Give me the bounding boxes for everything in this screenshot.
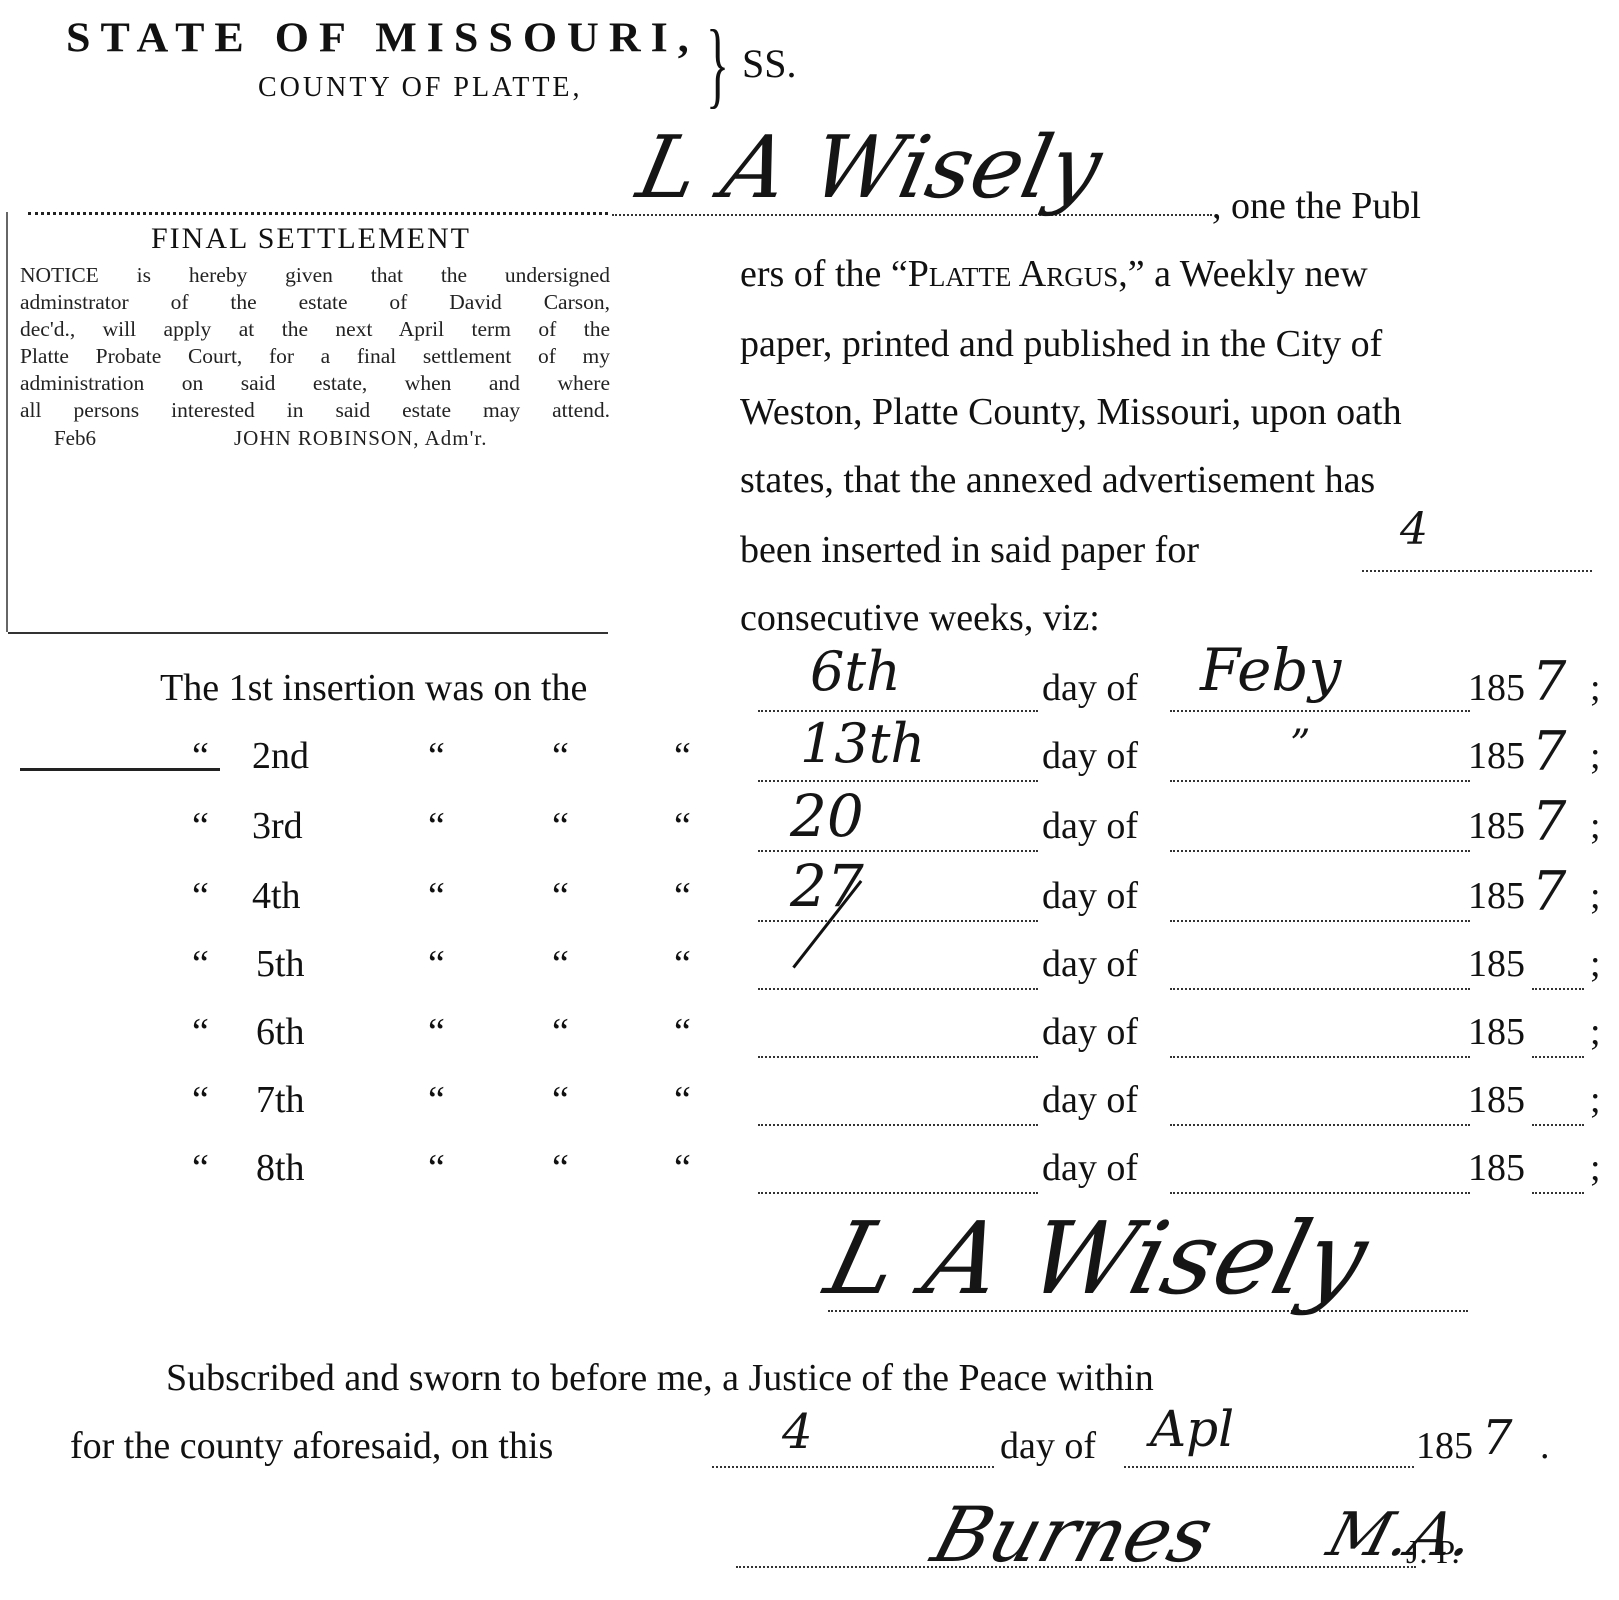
clipping-top-rule bbox=[28, 212, 608, 215]
year-digit: 7 bbox=[1532, 790, 1566, 853]
month-field-line bbox=[1170, 1124, 1470, 1126]
jurat-month: Apl bbox=[1150, 1400, 1234, 1458]
clipping-signer: JOHN ROBINSON, Adm'r. bbox=[234, 426, 487, 451]
insertion-ordinal: 8th bbox=[256, 1146, 305, 1190]
ditto-mark: “ bbox=[674, 1078, 691, 1122]
year-field-line bbox=[1532, 1056, 1584, 1058]
clipping-line: adminstrator of the estate of David Cars… bbox=[20, 289, 610, 316]
text: ers of the “ bbox=[740, 253, 908, 295]
clipping-line: administration on said estate, when and … bbox=[20, 370, 610, 397]
ditto-mark: “ bbox=[428, 874, 445, 918]
day-of-label: day of bbox=[1042, 666, 1138, 710]
semicolon: ; bbox=[1590, 804, 1601, 848]
year-digit: 7 bbox=[1532, 650, 1566, 713]
month-field-line bbox=[1170, 850, 1470, 852]
clipping-date: Feb6 bbox=[54, 426, 96, 450]
insertion-ordinal: 5th bbox=[256, 942, 305, 986]
jurat-line-1: Subscribed and sworn to before me, a Jus… bbox=[166, 1356, 1154, 1400]
clipping-line: Platte Probate Court, for a final settle… bbox=[20, 343, 610, 370]
clipping-body: NOTICE is hereby given that the undersig… bbox=[20, 262, 610, 424]
clipping-line: dec'd., will apply at the next April ter… bbox=[20, 316, 610, 343]
insertion-day: 20 bbox=[790, 782, 864, 850]
ditto-mark: “ bbox=[552, 942, 569, 986]
ditto-mark: “ bbox=[674, 942, 691, 986]
year-prefix: 185 bbox=[1468, 942, 1525, 986]
insertion-day: 13th bbox=[800, 712, 925, 775]
semicolon: ; bbox=[1590, 874, 1601, 918]
affidavit-line-6: been inserted in said paper for bbox=[740, 528, 1199, 572]
year-digit: 7 bbox=[1532, 860, 1566, 923]
affiant-signature-bottom: L A Wisely bbox=[815, 1200, 1378, 1317]
insertion-ordinal: 3rd bbox=[252, 804, 303, 848]
day-of-label: day of bbox=[1042, 1010, 1138, 1054]
ditto-mark: “ bbox=[428, 942, 445, 986]
day-of-label: day of bbox=[1042, 874, 1138, 918]
affiant-signature: L A Wisely bbox=[629, 118, 1110, 218]
insertion-day: 6th bbox=[810, 640, 901, 703]
semicolon: ; bbox=[1590, 666, 1601, 710]
insertion-ordinal: 6th bbox=[256, 1010, 305, 1054]
ditto-mark: “ bbox=[428, 1146, 445, 1190]
year-prefix: 185 bbox=[1468, 874, 1525, 918]
ss-abbreviation: SS. bbox=[742, 40, 797, 87]
ditto-mark: “ bbox=[552, 1010, 569, 1054]
jurat-year-digit: 7 bbox=[1482, 1410, 1513, 1466]
ditto-mark: “ bbox=[552, 874, 569, 918]
month-field-line bbox=[1170, 920, 1470, 922]
day-of-label: day of bbox=[1042, 804, 1138, 848]
first-insertion-label: The 1st insertion was on the bbox=[160, 666, 587, 710]
insertion-month: Feby bbox=[1200, 636, 1341, 704]
ditto-mark: “ bbox=[192, 804, 209, 848]
justice-title: J. P. bbox=[1406, 1534, 1460, 1572]
month-field-line bbox=[1170, 780, 1470, 782]
day-of-label: day of bbox=[1042, 942, 1138, 986]
semicolon: ; bbox=[1590, 1010, 1601, 1054]
brace-symbol: } bbox=[706, 16, 729, 112]
ditto-mark: “ bbox=[674, 1146, 691, 1190]
ditto-mark: “ bbox=[192, 1010, 209, 1054]
ditto-mark: “ bbox=[192, 1146, 209, 1190]
year-digit: 7 bbox=[1532, 720, 1566, 783]
weeks-count: 4 bbox=[1400, 504, 1428, 555]
year-prefix: 185 bbox=[1468, 1146, 1525, 1190]
ditto-mark: “ bbox=[428, 1010, 445, 1054]
month-field-line bbox=[1170, 1192, 1470, 1194]
year-field-line bbox=[1532, 1124, 1584, 1126]
ditto-mark: “ bbox=[192, 942, 209, 986]
day-field-line bbox=[758, 988, 1038, 990]
clipping-line: NOTICE is hereby given that the undersig… bbox=[20, 262, 610, 289]
insertion-month: ” bbox=[1290, 722, 1310, 768]
publisher-text: , one the Publ bbox=[1212, 184, 1421, 228]
day-field-line bbox=[758, 920, 1038, 922]
stray-rule bbox=[20, 768, 220, 771]
jurat-day: 4 bbox=[782, 1404, 813, 1460]
ditto-mark: “ bbox=[674, 1010, 691, 1054]
affidavit-line-2: ers of the “Platte Argus,” a Weekly new bbox=[740, 252, 1368, 296]
newspaper-clipping: FINAL SETTLEMENT NOTICE is hereby given … bbox=[6, 212, 614, 632]
ditto-mark: “ bbox=[552, 1078, 569, 1122]
semicolon: ; bbox=[1590, 1078, 1601, 1122]
day-field-line bbox=[758, 1124, 1038, 1126]
ditto-mark: “ bbox=[674, 734, 691, 778]
semicolon: ; bbox=[1590, 942, 1601, 986]
clipping-bottom-rule bbox=[8, 632, 608, 634]
jurat-day-field-line bbox=[712, 1466, 994, 1468]
county-heading: COUNTY OF PLATTE, bbox=[258, 72, 583, 104]
jurat-year-prefix: 185 bbox=[1416, 1424, 1473, 1468]
jurat-period: . bbox=[1540, 1424, 1550, 1468]
ditto-mark: “ bbox=[552, 734, 569, 778]
affidavit-line-3: paper, printed and published in the City… bbox=[740, 322, 1382, 366]
newspaper-name: Platte Argus, bbox=[908, 253, 1128, 295]
year-prefix: 185 bbox=[1468, 1010, 1525, 1054]
year-prefix: 185 bbox=[1468, 804, 1525, 848]
semicolon: ; bbox=[1590, 1146, 1601, 1190]
clipping-footer: Feb6 JOHN ROBINSON, Adm'r. bbox=[54, 426, 594, 451]
year-prefix: 185 bbox=[1468, 666, 1525, 710]
day-of-label: day of bbox=[1042, 734, 1138, 778]
state-heading: STATE OF MISSOURI, bbox=[66, 13, 699, 61]
ditto-mark: “ bbox=[428, 734, 445, 778]
ditto-mark: “ bbox=[192, 1078, 209, 1122]
affidavit-line-4: Weston, Platte County, Missouri, upon oa… bbox=[740, 390, 1402, 434]
ditto-mark: “ bbox=[674, 874, 691, 918]
justice-signature: Burnes bbox=[923, 1490, 1223, 1579]
ditto-mark: “ bbox=[674, 804, 691, 848]
ditto-mark: “ bbox=[192, 874, 209, 918]
day-field-line bbox=[758, 1192, 1038, 1194]
month-field-line bbox=[1170, 1056, 1470, 1058]
insertion-ordinal: 7th bbox=[256, 1078, 305, 1122]
affidavit-line-7: consecutive weeks, viz: bbox=[740, 596, 1100, 640]
ditto-mark: “ bbox=[552, 804, 569, 848]
weeks-field-line bbox=[1362, 570, 1592, 572]
ditto-mark: “ bbox=[552, 1146, 569, 1190]
ditto-mark: “ bbox=[428, 804, 445, 848]
month-field-line bbox=[1170, 710, 1470, 712]
year-prefix: 185 bbox=[1468, 1078, 1525, 1122]
day-of-label: day of bbox=[1042, 1146, 1138, 1190]
jurat-line-2: for the county aforesaid, on this bbox=[70, 1424, 553, 1468]
affidavit-line-5: states, that the annexed advertisement h… bbox=[740, 458, 1375, 502]
insertion-day: 27 bbox=[790, 852, 864, 920]
insertion-ordinal: 4th bbox=[252, 874, 301, 918]
day-field-line bbox=[758, 1056, 1038, 1058]
ditto-mark: “ bbox=[428, 1078, 445, 1122]
year-field-line bbox=[1532, 988, 1584, 990]
ditto-mark: “ bbox=[192, 734, 209, 778]
text: ” a Weekly new bbox=[1128, 253, 1368, 295]
clipping-title: FINAL SETTLEMENT bbox=[8, 222, 614, 256]
clipping-line: all persons interested in said estate ma… bbox=[20, 397, 610, 424]
semicolon: ; bbox=[1590, 734, 1601, 778]
jurat-day-of-label: day of bbox=[1000, 1424, 1096, 1468]
insertion-ordinal: 2nd bbox=[252, 734, 309, 778]
day-of-label: day of bbox=[1042, 1078, 1138, 1122]
year-field-line bbox=[1532, 1192, 1584, 1194]
jurat-month-field-line bbox=[1124, 1466, 1414, 1468]
month-field-line bbox=[1170, 988, 1470, 990]
year-prefix: 185 bbox=[1468, 734, 1525, 778]
